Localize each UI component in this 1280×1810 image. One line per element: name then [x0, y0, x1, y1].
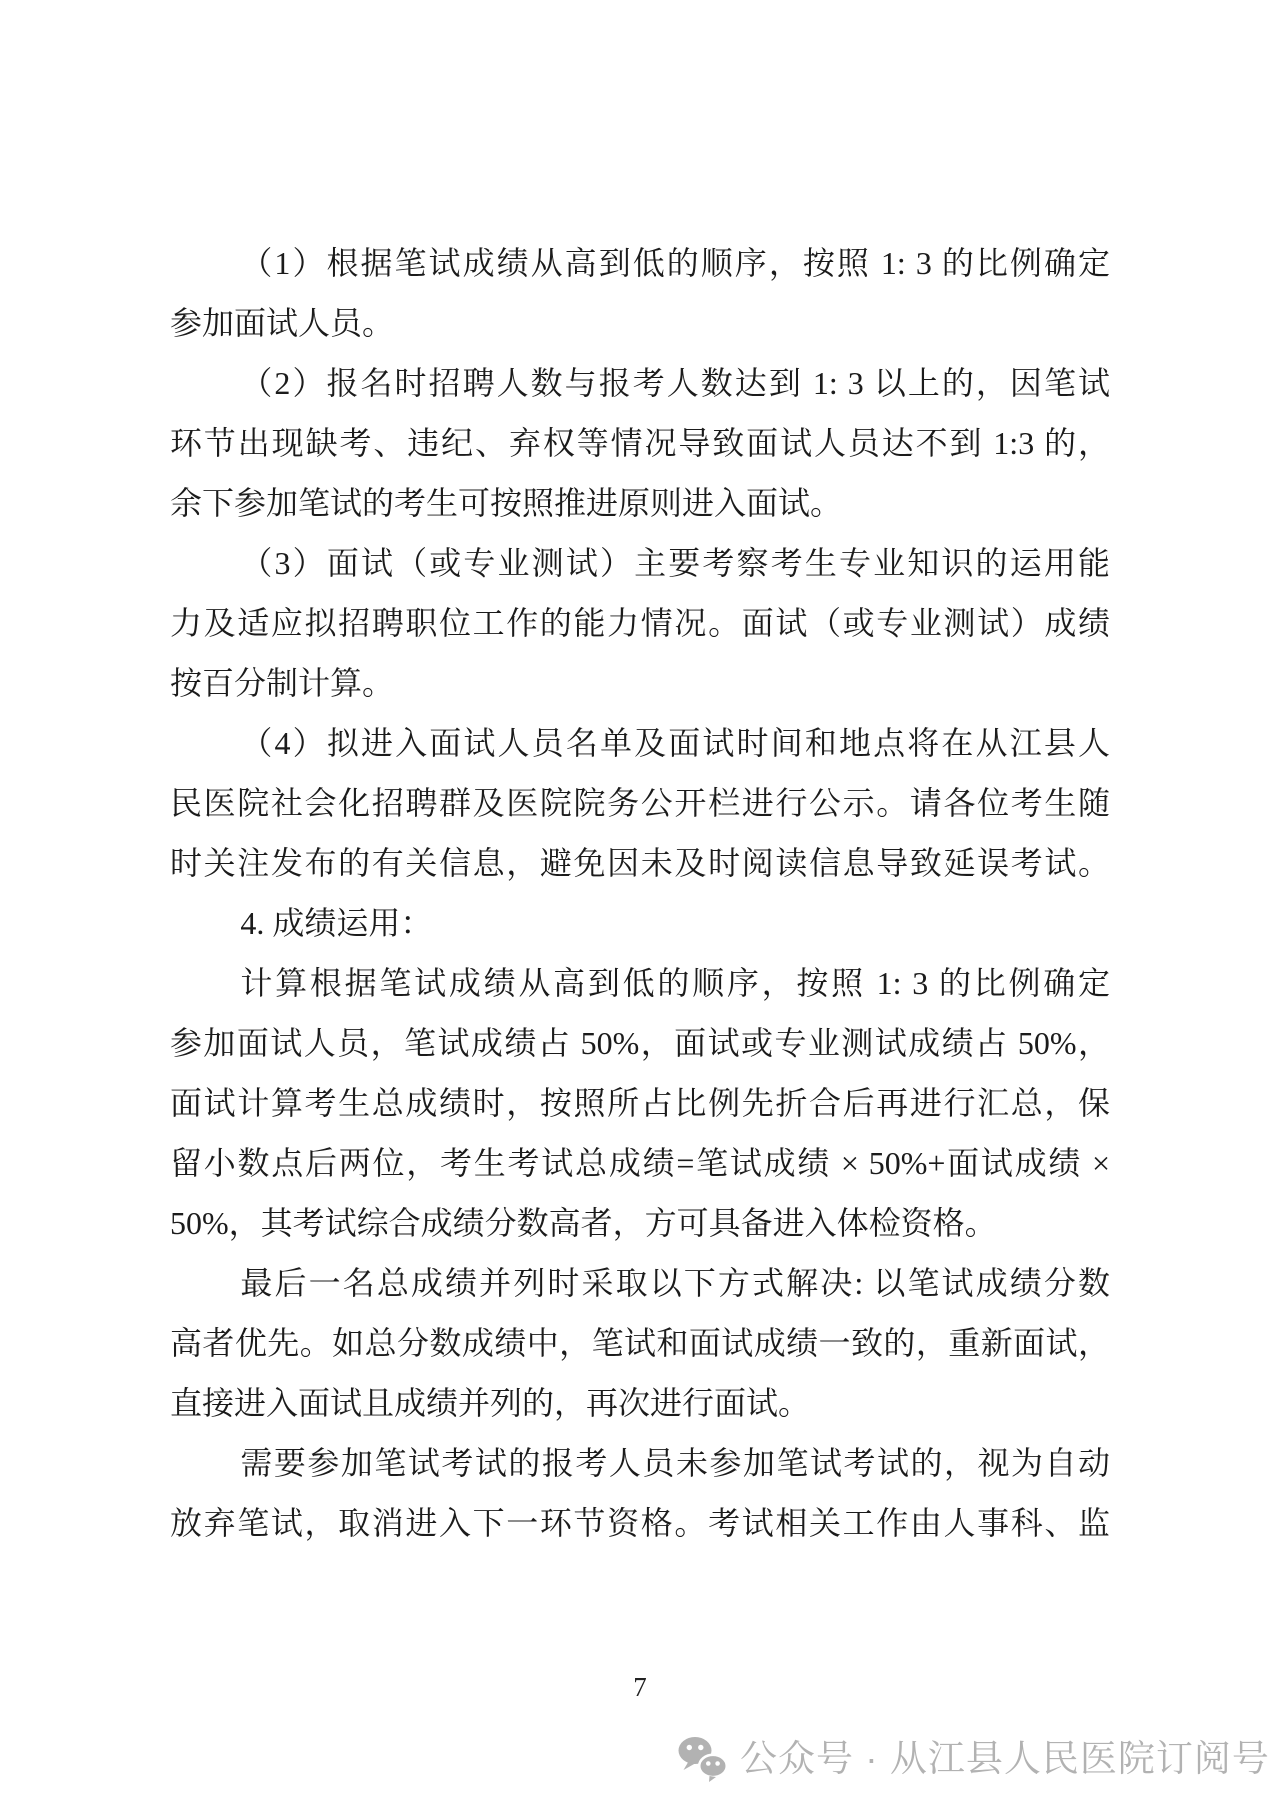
text-line: 参加面试人员，笔试成绩占 50%，面试或专业测试成绩占 50%，	[170, 1013, 1110, 1073]
text-line: 余下参加笔试的考生可按照推进原则进入面试。	[170, 473, 1110, 533]
text-line: 高者优先。如总分数成绩中，笔试和面试成绩一致的，重新面试，	[170, 1313, 1110, 1373]
text-line: 民医院社会化招聘群及医院院务公开栏进行公示。请各位考生随	[170, 773, 1110, 833]
text-line: （2）报名时招聘人数与报考人数达到 1: 3 以上的，因笔试	[170, 353, 1110, 413]
text-line: 时关注发布的有关信息，避免因未及时阅读信息导致延误考试。	[170, 833, 1110, 893]
text-line: 50%，其考试综合成绩分数高者，方可具备进入体检资格。	[170, 1193, 1110, 1253]
text-line: 力及适应拟招聘职位工作的能力情况。面试（或专业测试）成绩	[170, 593, 1110, 653]
text-line: 最后一名总成绩并列时采取以下方式解决: 以笔试成绩分数	[170, 1253, 1110, 1313]
text-line: 直接进入面试且成绩并列的，再次进行面试。	[170, 1373, 1110, 1433]
text-line: （3）面试（或专业测试）主要考察考生专业知识的运用能	[170, 533, 1110, 593]
document-page: （1）根据笔试成绩从高到低的顺序，按照 1: 3 的比例确定 参加面试人员。 （…	[0, 0, 1280, 1810]
text-line: （1）根据笔试成绩从高到低的顺序，按照 1: 3 的比例确定	[170, 233, 1110, 293]
document-body: （1）根据笔试成绩从高到低的顺序，按照 1: 3 的比例确定 参加面试人员。 （…	[170, 233, 1110, 1553]
wechat-watermark: 公众号 · 从江县人民医院订阅号	[678, 1736, 1270, 1782]
text-line: 参加面试人员。	[170, 293, 1110, 353]
text-line: 计算根据笔试成绩从高到低的顺序，按照 1: 3 的比例确定	[170, 953, 1110, 1013]
section-heading: 4. 成绩运用：	[170, 893, 1110, 953]
wechat-icon	[678, 1736, 728, 1782]
text-line: 按百分制计算。	[170, 653, 1110, 713]
text-line: 需要参加笔试考试的报考人员未参加笔试考试的，视为自动	[170, 1433, 1110, 1493]
text-line: 环节出现缺考、违纪、弃权等情况导致面试人员达不到 1:3 的，	[170, 413, 1110, 473]
page-number: 7	[170, 1672, 1110, 1703]
watermark-text: 公众号 · 从江县人民医院订阅号	[740, 1736, 1270, 1782]
text-line: （4）拟进入面试人员名单及面试时间和地点将在从江县人	[170, 713, 1110, 773]
text-line: 面试计算考生总成绩时，按照所占比例先折合后再进行汇总，保	[170, 1073, 1110, 1133]
text-line: 留小数点后两位，考生考试总成绩=笔试成绩 × 50%+面试成绩 ×	[170, 1133, 1110, 1193]
text-line: 放弃笔试，取消进入下一环节资格。考试相关工作由人事科、监	[170, 1493, 1110, 1553]
